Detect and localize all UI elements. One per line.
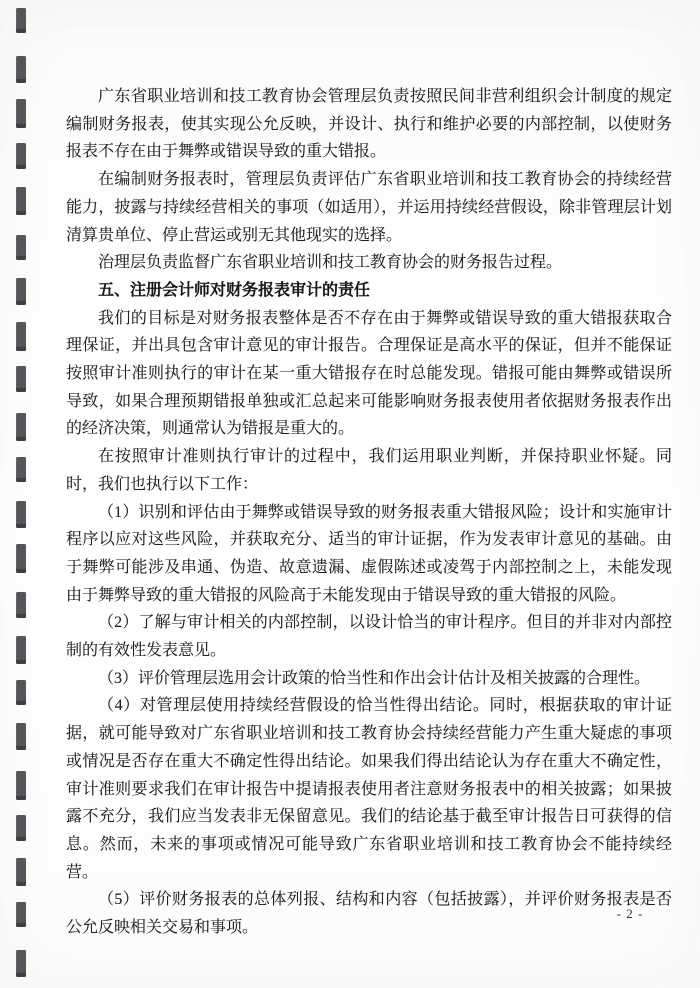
- binding-hole-mark: [16, 366, 26, 392]
- paragraph: 我们的目标是对财务报表整体是否不存在由于舞弊或错误导致的重大错报获取合理保证，并…: [66, 305, 672, 444]
- binding-hole-mark: [16, 544, 26, 573]
- paragraph: （5）评价财务报表的总体列报、结构和内容（包括披露），并评价财务报表是否公允反映…: [66, 886, 672, 941]
- binding-hole-mark: [16, 235, 26, 260]
- binding-hole-mark: [16, 815, 26, 841]
- binding-hole-mark: [16, 501, 26, 528]
- paragraph: （1）识别和评估由于舞弊或错误导致的财务报表重大错报风险；设计和实施审计程序以应…: [66, 499, 672, 610]
- binding-hole-mark: [16, 680, 26, 705]
- paragraph: 在编制财务报表时，管理层负责评估广东省职业培训和技工教育协会的持续经营能力，披露…: [66, 166, 672, 249]
- paragraph: 广东省职业培训和技工教育协会管理层负责按照民间非营利组织会计制度的规定编制财务报…: [66, 83, 672, 166]
- binding-hole-mark: [16, 322, 26, 351]
- page-number: - 2 -: [600, 906, 660, 922]
- document-body: 广东省职业培训和技工教育协会管理层负责按照民间非营利组织会计制度的规定编制财务报…: [66, 83, 672, 942]
- scanned-document-page: 广东省职业培训和技工教育协会管理层负责按照民间非营利组织会计制度的规定编制财务报…: [0, 0, 700, 988]
- binding-hole-mark: [16, 457, 26, 482]
- binding-hole-mark: [16, 143, 26, 169]
- binding-hole-mark: [16, 99, 26, 128]
- paragraph: 在按照审计准则执行审计的过程中，我们运用职业判断，并保持职业怀疑。同时，我们也执…: [66, 443, 672, 498]
- binding-hole-mark: [16, 278, 26, 305]
- binding-hole-mark: [16, 771, 26, 800]
- paragraph: （2）了解与审计相关的内部控制，以设计恰当的审计程序。但目的并非对内部控制的有效…: [66, 609, 672, 664]
- binding-hole-mark: [16, 636, 26, 664]
- paragraph: （4）对管理层使用持续经营假设的恰当性得出结论。同时，根据获取的审计证据，就可能…: [66, 692, 672, 886]
- paragraph: （3）评价管理层选用会计政策的恰当性和作出会计估计及相关披露的合理性。: [66, 665, 672, 693]
- binding-holes-column: [0, 0, 40, 988]
- binding-hole-mark: [16, 413, 26, 441]
- binding-hole-mark: [16, 187, 26, 215]
- section-heading: 五、注册会计师对财务报表审计的责任: [66, 277, 672, 305]
- binding-hole-mark: [16, 858, 26, 886]
- binding-hole-mark: [16, 950, 26, 977]
- paragraph: 治理层负责监督广东省职业培训和技工教育协会的财务报告过程。: [66, 249, 672, 277]
- binding-hole-mark: [16, 902, 26, 927]
- binding-hole-mark: [16, 56, 26, 83]
- binding-hole-mark: [16, 8, 26, 33]
- binding-hole-mark: [16, 592, 26, 618]
- binding-hole-mark: [16, 723, 26, 750]
